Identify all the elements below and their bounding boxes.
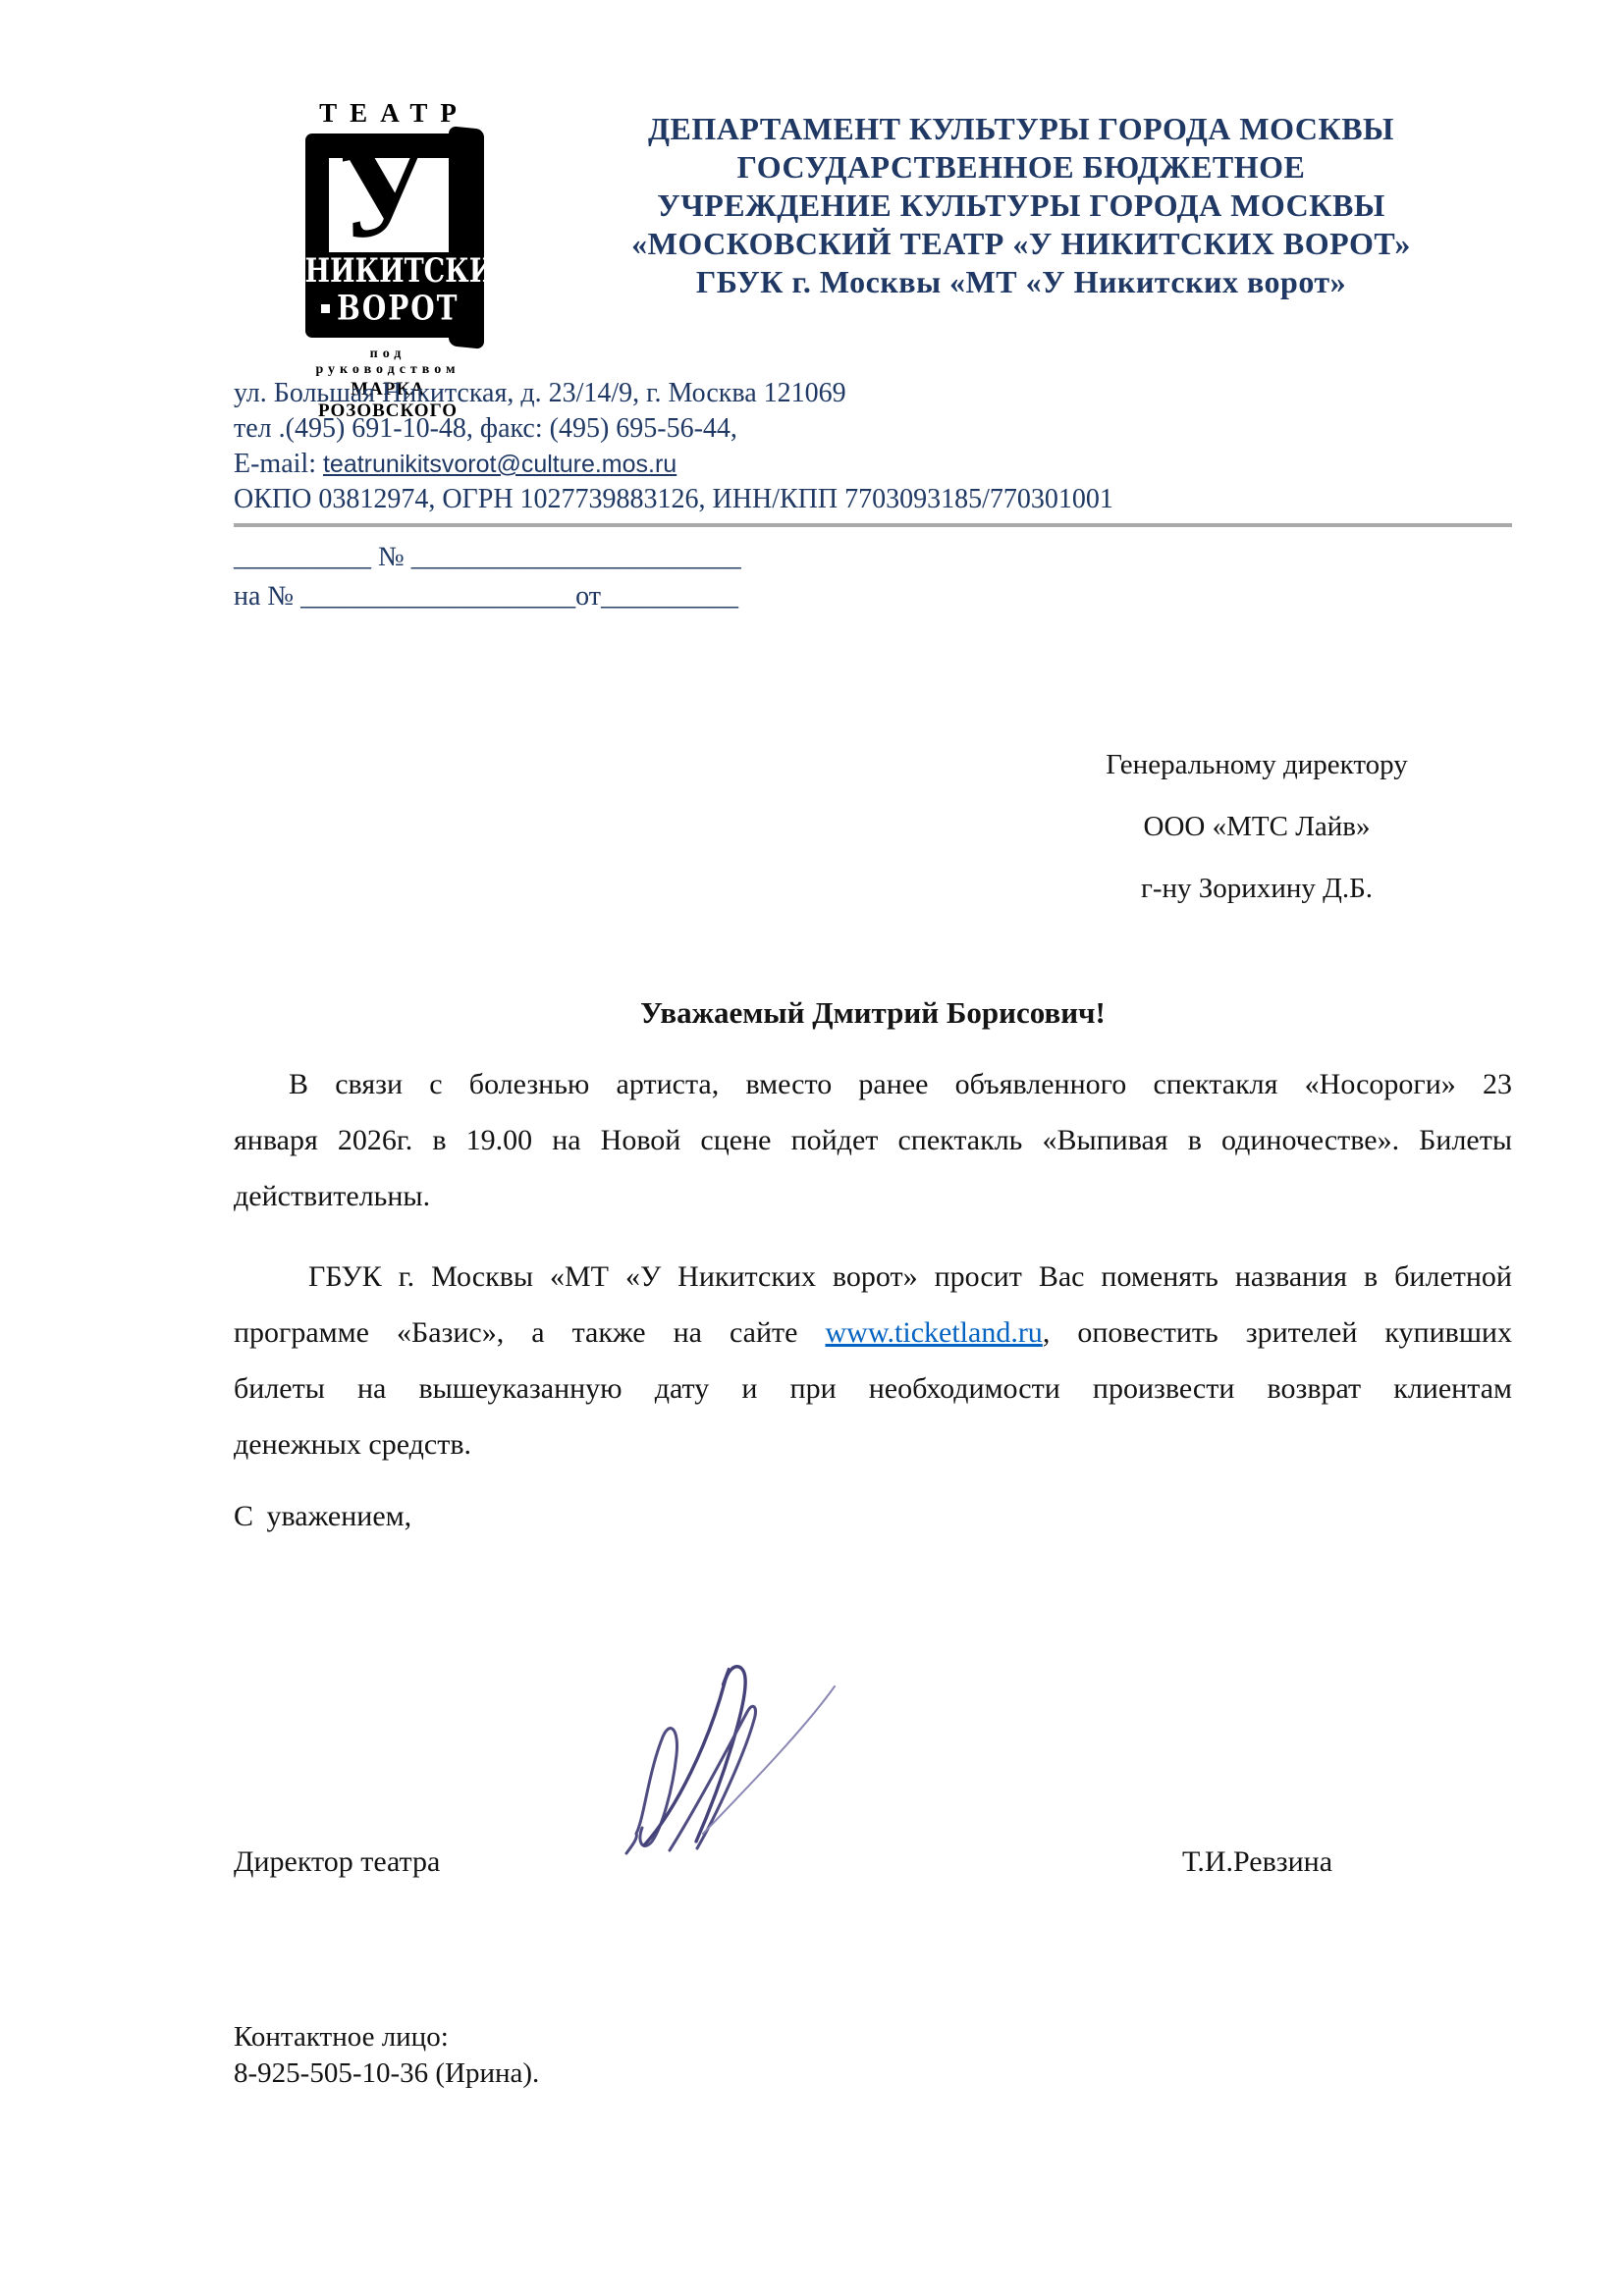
ticketland-link[interactable]: www.ticketland.ru bbox=[825, 1316, 1042, 1349]
contact-label: Контактное лицо: bbox=[234, 2019, 539, 2056]
emblem-u-glyph: У bbox=[312, 121, 461, 260]
paragraph2-line2: программе «Базис», а также на сайте www.… bbox=[234, 1305, 1512, 1361]
contact-phone: 8-925-505-10-36 (Ирина). bbox=[234, 2056, 539, 2092]
emblem-dash bbox=[321, 304, 331, 313]
paragraph2-line4: денежных средств. bbox=[234, 1416, 1512, 1472]
paragraph2: ГБУК г. Москвы «МТ «У Никитских ворот» п… bbox=[234, 1249, 1512, 1472]
address-street: ул. Большая Никитская, д. 23/14/9, г. Мо… bbox=[234, 376, 1113, 411]
recipient-company: ООО «МТС Лайв» bbox=[1041, 796, 1473, 858]
paragraph2-line3: билеты на вышеуказанную дату и при необх… bbox=[234, 1361, 1512, 1416]
theater-emblem: У НИКИТСКИХ ВОРОТ bbox=[305, 133, 471, 338]
org-line-1: ДЕПАРТАМЕНТ КУЛЬТУРЫ ГОРОДА МОСКВЫ bbox=[560, 110, 1483, 148]
org-line-5: ГБУК г. Москвы «МТ «У Никитских ворот» bbox=[560, 263, 1483, 301]
emblem-nikitskih-label: НИКИТСКИХ bbox=[305, 255, 471, 289]
paragraph2-line2-post: , оповестить зрителей купивших bbox=[1043, 1316, 1512, 1349]
recipient-person: г-ну Зорихину Д.Б. bbox=[1041, 858, 1473, 920]
recipient-position: Генеральному директору bbox=[1041, 734, 1473, 796]
letter-body: В связи с болезнью артиста, вместо ранее… bbox=[234, 1056, 1512, 1544]
theater-logo: ТЕАТР У НИКИТСКИХ ВОРОТ под руководством… bbox=[295, 98, 481, 422]
header-divider bbox=[234, 523, 1512, 527]
signoff-name: Т.И.Ревзина bbox=[1182, 1845, 1332, 1879]
paragraph1-line3: действительны. bbox=[234, 1168, 1512, 1224]
org-line-3: УЧРЕЖДЕНИЕ КУЛЬТУРЫ ГОРОДА МОСКВЫ bbox=[560, 187, 1483, 225]
paragraph1-line1: В связи с болезнью артиста, вместо ранее… bbox=[234, 1056, 1512, 1112]
contact-block: Контактное лицо: 8-925-505-10-36 (Ирина)… bbox=[234, 2019, 539, 2092]
address-codes: ОКПО 03812974, ОГРН 1027739883126, ИНН/К… bbox=[234, 482, 1113, 517]
emblem-window: У bbox=[329, 158, 449, 252]
closing-phrase: С уважением, bbox=[234, 1488, 1512, 1544]
emblem-vorot-row: ВОРОТ bbox=[321, 294, 460, 323]
paragraph1-line2: января 2026г. в 19.00 на Новой сцене пой… bbox=[234, 1112, 1512, 1168]
address-phone: тел .(495) 691-10-48, факс: (495) 695-56… bbox=[234, 411, 1113, 447]
address-email-line: E-mail: teatrunikitsvorot@culture.mos.ru bbox=[234, 447, 1113, 482]
signoff-title: Директор театра bbox=[234, 1845, 440, 1879]
paragraph2-line1: ГБУК г. Москвы «МТ «У Никитских ворот» п… bbox=[234, 1249, 1512, 1305]
org-line-4: «МОСКОВСКИЙ ТЕАТР «У НИКИТСКИХ ВОРОТ» bbox=[560, 225, 1483, 263]
recipient-block: Генеральному директору ООО «МТС Лайв» г-… bbox=[1041, 734, 1473, 920]
paragraph2-line2-pre: программе «Базис», а также на сайте bbox=[234, 1316, 825, 1349]
org-name-block: ДЕПАРТАМЕНТ КУЛЬТУРЫ ГОРОДА МОСКВЫ ГОСУД… bbox=[560, 110, 1483, 301]
salutation: Уважаемый Дмитрий Борисович! bbox=[234, 995, 1512, 1031]
org-line-2: ГОСУДАРСТВЕННОЕ БЮДЖЕТНОЕ bbox=[560, 148, 1483, 187]
signature bbox=[587, 1626, 901, 1881]
letter-page: ТЕАТР У НИКИТСКИХ ВОРОТ под руководством… bbox=[0, 0, 1624, 2296]
emblem-vorot-label: ВОРОТ bbox=[337, 290, 459, 327]
reference-line-1: __________ № ________________________ bbox=[234, 538, 741, 577]
reference-blanks: __________ № ________________________ на… bbox=[234, 538, 741, 616]
reference-line-2: на № ____________________от__________ bbox=[234, 577, 741, 616]
email-label: E-mail: bbox=[234, 449, 323, 479]
address-block: ул. Большая Никитская, д. 23/14/9, г. Мо… bbox=[234, 376, 1113, 517]
logo-subtitle-under-direction: под руководством bbox=[295, 347, 481, 378]
email-link[interactable]: teatrunikitsvorot@culture.mos.ru bbox=[323, 451, 677, 478]
